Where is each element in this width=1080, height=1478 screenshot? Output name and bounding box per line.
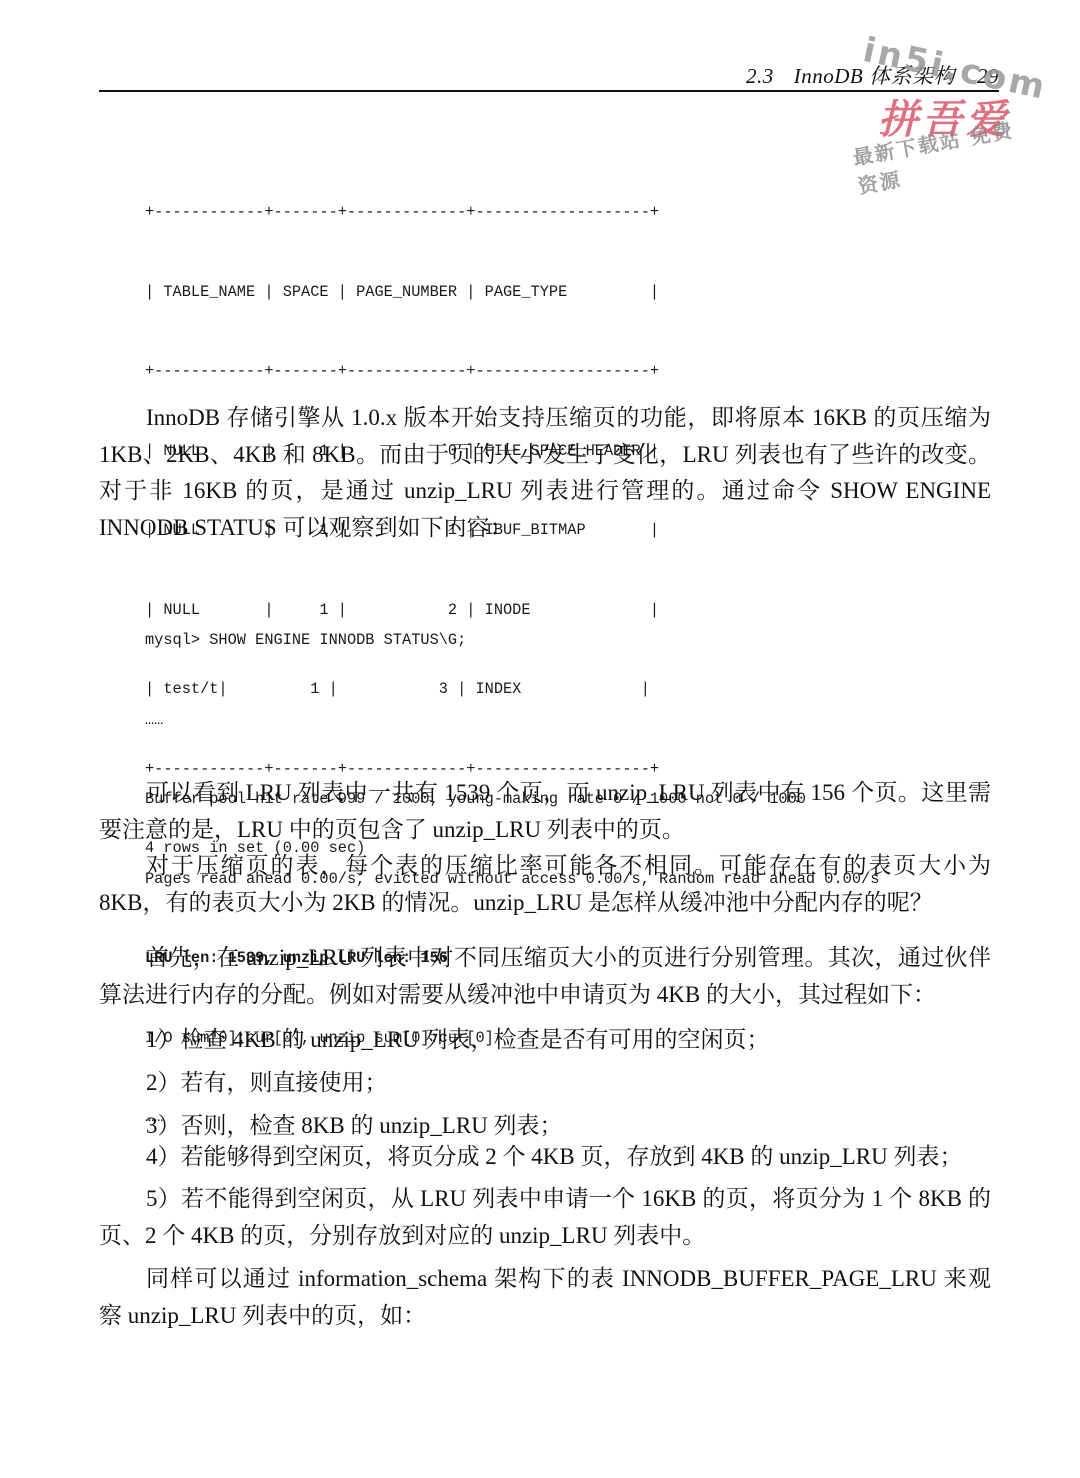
running-header: 2.3InnoDB 体系架构29	[99, 58, 999, 90]
watermark-stamp: in5i.com 拼吾爱 最新下载站 免费资源	[846, 30, 1036, 200]
body-paragraph: 首先，在 unzip_LRU 列表中对不同压缩页大小的页进行分别管理。其次，通过…	[99, 940, 991, 1013]
code-line-ellipsis: ……	[145, 707, 879, 734]
section-title: InnoDB 体系架构	[794, 64, 955, 88]
step-item: 4）若能够得到空闲页，将页分成 2 个 4KB 页，存放到 4KB 的 unzi…	[99, 1139, 991, 1176]
step-item: 5）若不能得到空闲页，从 LRU 列表中申请一个 16KB 的页，将页分为 1 …	[99, 1181, 991, 1254]
body-paragraph: 对于压缩页的表，每个表的压缩比率可能各不相同。可能存在有的表页大小为 8KB，有…	[99, 848, 991, 921]
code-line-border-mid: +------------+-------+-------------+----…	[145, 358, 659, 385]
watermark-brand: 拼吾爱	[878, 88, 1010, 145]
step-item: 2）若有，则直接使用；	[99, 1065, 991, 1102]
step-item: 1）检查 4KB 的 unzip_LRU 列表，检查是否有可用的空闲页；	[99, 1022, 991, 1059]
body-paragraph: 同样可以通过 information_schema 架构下的表 INNODB_B…	[99, 1261, 991, 1334]
code-line-border-top: +------------+-------+-------------+----…	[145, 199, 659, 226]
section-number: 2.3	[746, 64, 774, 88]
body-paragraph: InnoDB 存储引擎从 1.0.x 版本开始支持压缩页的功能，即将原本 16K…	[99, 400, 991, 547]
header-rule	[99, 90, 999, 92]
watermark-ring-text: 最新下载站 免费资源	[850, 111, 1039, 200]
code-line-header: | TABLE_NAME | SPACE | PAGE_NUMBER | PAG…	[145, 279, 659, 306]
code-line-command: mysql> SHOW ENGINE INNODB STATUS\G;	[145, 627, 879, 654]
running-header-text: 2.3InnoDB 体系架构29	[746, 60, 999, 90]
page-number: 29	[977, 64, 999, 88]
body-paragraph: 可以看到 LRU 列表中一共有 1539 个页，而 unzip_LRU 列表中有…	[99, 775, 991, 848]
